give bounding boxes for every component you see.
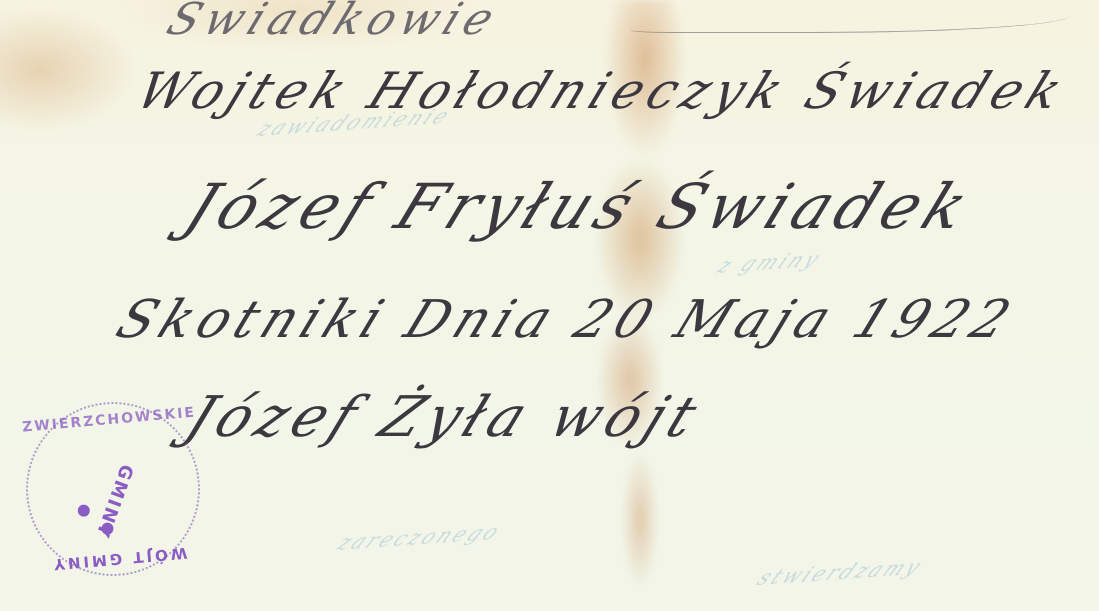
stamp-dot-icon [77,504,90,517]
signature-line: Józef Żyła wójt [177,385,712,450]
place-date-line: Skotniki Dnia 20 Maja 1922 [108,290,1025,350]
witness-2-line: Józef Fryłuś Świadek [175,170,984,243]
heading-witnesses: Świadkowie [160,0,508,45]
witness-1-line: Wojtek Hołodnieczyk Świadek [128,62,1076,120]
